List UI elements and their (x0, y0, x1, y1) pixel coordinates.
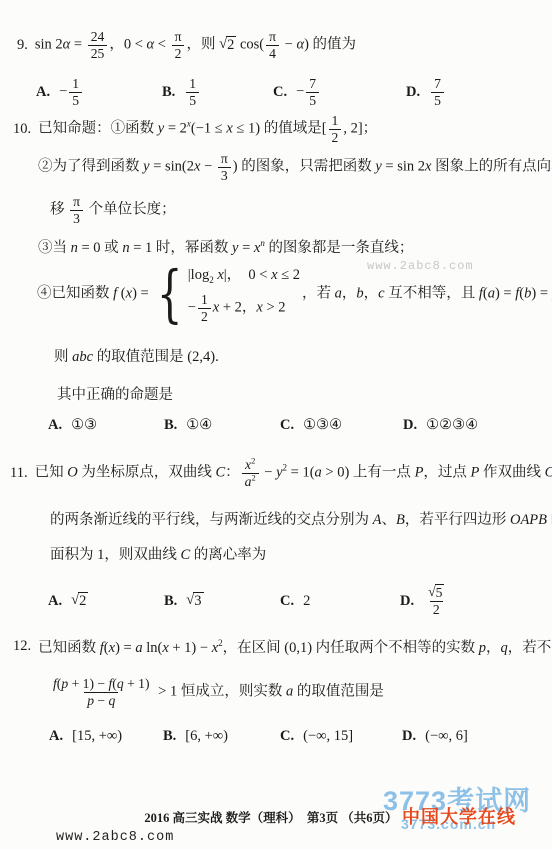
option-value: 15 (184, 76, 201, 108)
question-9-stem: 9. sin 2α = 2425，0 < α < π2，则 √2 cos(π4 … (17, 27, 356, 63)
question-9-option-a: A.−15 (36, 74, 84, 110)
option-label: A. (36, 84, 50, 101)
option-value: ①④ (186, 417, 212, 434)
question-12-option-d: D.(−∞, 6] (402, 726, 468, 746)
question-10-line-7: 其中正确的命题是 (57, 384, 173, 402)
question-11-stem: 11. 已知 O 为坐标原点，双曲线 C：x2a2 − y2 = 1(a > 0… (10, 452, 552, 494)
question-12-options: A.[15, +∞) B.[6, +∞) C.(−∞, 15] D.(−∞, 6… (0, 726, 552, 746)
option-value: −75 (296, 76, 321, 108)
question-10-stem: 10. 已知命题：①函数 y = 2x(−1 ≤ x ≤ 1) 的值域是[12,… (13, 111, 377, 147)
option-value: √2 (71, 592, 88, 610)
option-value: −15 (59, 76, 84, 108)
option-value: [15, +∞) (72, 728, 122, 745)
question-9-text: sin 2α = 2425，0 < α < π2，则 √2 cos(π4 − α… (35, 29, 356, 61)
option-value: ①③④ (303, 417, 342, 434)
option-label: B. (163, 728, 176, 745)
question-10-number: 10. (13, 121, 31, 138)
option-label: A. (48, 593, 62, 610)
question-12-line-1: 已知函数 f(x) = a ln(x + 1) − x2，在区间 (0,1) 内… (38, 636, 552, 657)
option-value: (−∞, 6] (425, 728, 468, 745)
option-label: B. (162, 84, 175, 101)
option-label: C. (280, 728, 294, 745)
question-10-option-c: C.①③④ (280, 415, 342, 435)
watermark-china-university-online: 中国大学在线 (402, 803, 516, 829)
question-10-option-b: B.①④ (164, 415, 212, 435)
question-12-option-b: B.[6, +∞) (163, 726, 228, 746)
option-value: [6, +∞) (185, 728, 228, 745)
question-9-option-d: D.75 (406, 74, 446, 110)
option-value: ①③ (71, 417, 97, 434)
option-value: √3 (186, 592, 203, 610)
question-12-line-2: f(p + 1) − f(q + 1)p − q > 1 恒成立，则实数 a 的… (48, 666, 384, 718)
question-11-line-2: 的两条渐近线的平行线，与两渐近线的交点分别为 A、B，若平行四边形 OAPB 的 (50, 509, 552, 527)
question-11-line-1: 已知 O 为坐标原点，双曲线 C：x2a2 − y2 = 1(a > 0) 上有… (35, 457, 552, 489)
option-label: C. (280, 417, 294, 434)
option-value: 2 (303, 593, 310, 610)
question-10-line-1: 已知命题：①函数 y = 2x(−1 ≤ x ≤ 1) 的值域是[12, 2]； (38, 113, 377, 145)
question-11-options: A.√2 B.√3 C.2 D.√52 (0, 581, 552, 621)
page-footer: 2016 高三实战 数学（理科） 第3页 （共6页） (144, 808, 397, 826)
option-label: B. (164, 593, 177, 610)
question-10-options: A.①③ B.①④ C.①③④ D.①②③④ (0, 415, 552, 435)
question-11-option-d: D.√52 (400, 581, 449, 621)
option-value: (−∞, 15] (303, 728, 353, 745)
question-11-option-b: B.√3 (164, 581, 204, 621)
question-11-number: 11. (10, 465, 28, 482)
option-label: D. (403, 417, 417, 434)
exam-page: 9. sin 2α = 2425，0 < α < π2，则 √2 cos(π4 … (0, 0, 552, 849)
option-label: A. (49, 728, 63, 745)
watermark-url-bottom: www.2abc8.com (56, 830, 174, 845)
option-label: B. (164, 417, 177, 434)
question-11-option-c: C.2 (280, 581, 310, 621)
option-label: A. (48, 417, 62, 434)
question-9-option-c: C.−75 (273, 74, 321, 110)
option-label: D. (400, 593, 414, 610)
option-value: ①②③④ (426, 417, 478, 434)
question-12-number: 12. (13, 638, 31, 655)
option-label: D. (406, 84, 420, 101)
option-value: √52 (423, 584, 449, 617)
question-9-options: A.−15 B.15 C.−75 D.75 (0, 74, 552, 110)
option-value: 75 (429, 76, 446, 108)
question-9-option-b: B.15 (162, 74, 201, 110)
question-12-stem: 12. 已知函数 f(x) = a ln(x + 1) − x2，在区间 (0,… (13, 637, 552, 655)
question-10-line-4: ③当 n = 0 或 n = 1 时，幂函数 y = xn 的图象都是一条直线； (38, 236, 413, 256)
question-10-line-2: ②为了得到函数 y = sin(2x − π3) 的图象，只需把函数 y = s… (38, 147, 552, 187)
option-label: D. (402, 728, 416, 745)
question-10-line-3: 移 π3 个单位长度； (50, 192, 176, 228)
question-9-number: 9. (17, 37, 28, 54)
question-12-option-a: A.[15, +∞) (49, 726, 122, 746)
option-label: C. (280, 593, 294, 610)
question-10-line-5: ④已知函数 f (x) = {|log2 x|， 0 < x ≤ 2−12x +… (37, 264, 552, 324)
question-10-line-6: 则 abc 的取值范围是 (2,4). (54, 346, 219, 364)
watermark-url-mid: www.2abc8.com (367, 259, 474, 273)
question-10-option-a: A.①③ (48, 415, 97, 435)
question-10-option-d: D.①②③④ (403, 415, 478, 435)
question-11-line-3: 面积为 1，则双曲线 C 的离心率为 (50, 544, 266, 562)
question-12-option-c: C.(−∞, 15] (280, 726, 353, 746)
option-label: C. (273, 84, 287, 101)
question-11-option-a: A.√2 (48, 581, 88, 621)
